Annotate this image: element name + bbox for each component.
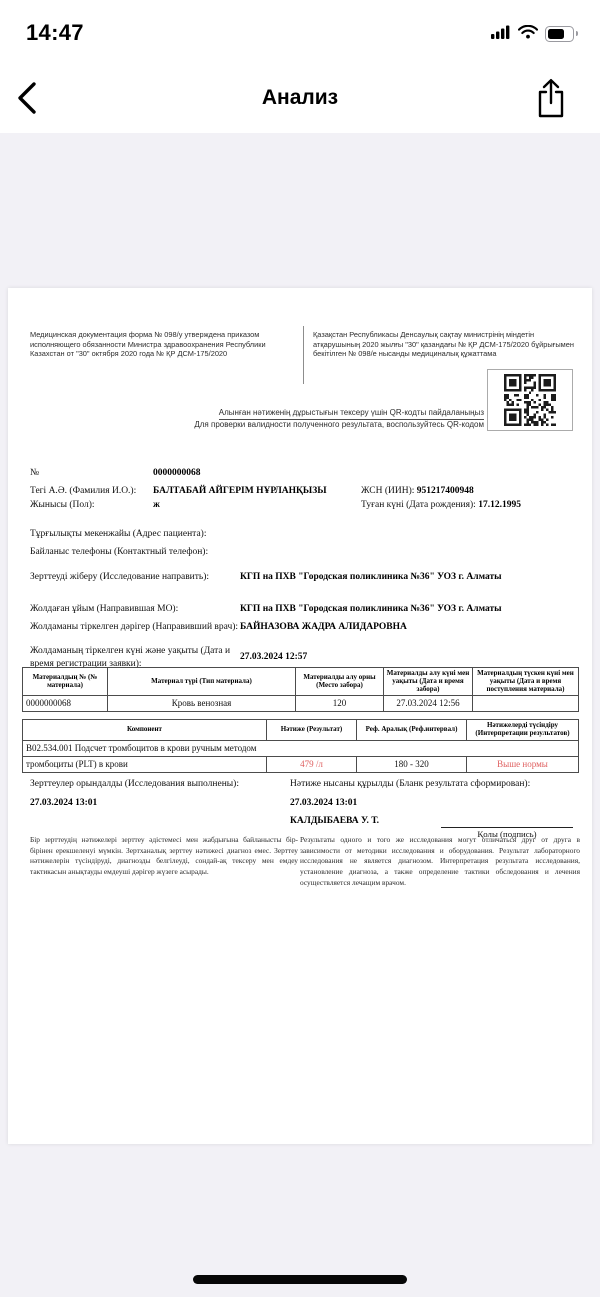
field-send: Зерттеуді жіберу (Исследование направить… bbox=[30, 571, 502, 584]
field-send-value: КГП на ПХВ "Городская поликлиника №36" У… bbox=[240, 571, 502, 584]
result-table-header-row: Компонент Нәтиже (Результат) Реф. Аралық… bbox=[23, 720, 579, 741]
document-scroll-area[interactable]: Медицинская документация форма № 098/у у… bbox=[0, 133, 600, 1297]
field-phone-label: Байланыс телефоны (Контактный телефон): bbox=[30, 546, 208, 559]
field-sex: Жынысы (Пол): ж bbox=[30, 499, 160, 512]
result-col-result: Нәтиже (Результат) bbox=[267, 720, 357, 741]
field-number-label: № bbox=[30, 467, 153, 480]
status-time: 14:47 bbox=[26, 20, 84, 46]
status-bar: 14:47 bbox=[0, 0, 600, 60]
field-registration-value: 27.03.2024 12:57 bbox=[240, 651, 307, 664]
formed-value: 27.03.2024 13:01 bbox=[290, 798, 357, 808]
field-org-value: КГП на ПХВ "Городская поликлиника №36" У… bbox=[240, 603, 502, 616]
disclaimer-kk: Бір зерттеудің нәтижелері зерттеу әдісте… bbox=[30, 835, 298, 878]
material-place: 120 bbox=[296, 696, 384, 712]
result-col-ref: Реф. Аралық (Реф.интервал) bbox=[357, 720, 467, 741]
signature-line bbox=[441, 827, 573, 828]
signer-name: КАЛДЫБАЕВА У. Т. bbox=[290, 816, 379, 826]
page-title: Анализ bbox=[0, 86, 600, 110]
field-iin-label: ЖСН (ИИН): bbox=[361, 486, 414, 496]
field-surname-label: Тегі А.Ә. (Фамилия И.О.): bbox=[30, 485, 153, 498]
field-sex-value: ж bbox=[153, 499, 160, 512]
material-taken: 27.03.2024 12:56 bbox=[384, 696, 473, 712]
field-address-label: Тұрғылықты мекенжайы (Адрес пациента): bbox=[30, 528, 206, 541]
field-iin-value: 951217400948 bbox=[417, 486, 474, 496]
field-send-label: Зерттеуді жіберу (Исследование направить… bbox=[30, 571, 240, 584]
form-note-left: Медицинская документация форма № 098/у у… bbox=[30, 330, 298, 359]
field-address: Тұрғылықты мекенжайы (Адрес пациента): bbox=[30, 528, 206, 541]
result-table: Компонент Нәтиже (Результат) Реф. Аралық… bbox=[22, 719, 579, 773]
header-divider bbox=[303, 326, 304, 384]
field-org-label: Жолдаған ұйым (Направившая МО): bbox=[30, 603, 240, 616]
material-table-row: 0000000068 Кровь венозная 120 27.03.2024… bbox=[23, 696, 579, 712]
material-table: Материалдың № (№ материала) Материал түр… bbox=[22, 667, 579, 712]
material-type: Кровь венозная bbox=[108, 696, 296, 712]
result-col-interpretation: Нәтижелерді түсіндіру (Интерпретации рез… bbox=[467, 720, 579, 741]
share-icon bbox=[534, 77, 568, 119]
result-value-row: тромбоциты (PLT) в крови 479 /л 180 - 32… bbox=[23, 756, 579, 772]
field-sex-label: Жынысы (Пол): bbox=[30, 499, 153, 512]
form-note-right: Қазақстан Республикасы Денсаулық сақтау … bbox=[313, 330, 577, 359]
field-surname: Тегі А.Ә. (Фамилия И.О.): БАЛТАБАЙ АЙГЕР… bbox=[30, 485, 327, 498]
home-indicator[interactable] bbox=[193, 1275, 407, 1284]
field-surname-value: БАЛТАБАЙ АЙГЕРІМ НҰРЛАНҚЫЗЫ bbox=[153, 485, 327, 498]
qr-instruction-kk: Алынған нәтиженің дұрыстығын тексеру үші… bbox=[219, 408, 484, 420]
share-button[interactable] bbox=[534, 77, 568, 119]
field-doctor-value: БАЙНАЗОВА ЖАДРА АЛИДАРОВНА bbox=[240, 621, 407, 634]
field-doctor: Жолдаманы тіркелген дәрігер (Направивший… bbox=[30, 621, 570, 634]
disclaimer-ru: Результаты одного и того же исследования… bbox=[300, 835, 580, 889]
material-col-number: Материалдың № (№ материала) bbox=[23, 668, 108, 696]
wifi-icon bbox=[518, 25, 538, 44]
result-ref-interval: 180 - 320 bbox=[357, 756, 467, 772]
result-component: тромбоциты (PLT) в крови bbox=[23, 756, 267, 772]
cellular-signal-icon bbox=[491, 25, 511, 44]
material-number: 0000000068 bbox=[23, 696, 108, 712]
app-screen: 14:47 bbox=[0, 0, 600, 1297]
field-birthdate: Туған күні (Дата рождения): 17.12.1995 bbox=[361, 499, 521, 512]
qr-code bbox=[487, 369, 573, 431]
field-org: Жолдаған ұйым (Направившая МО): КГП на П… bbox=[30, 603, 502, 616]
battery-icon bbox=[545, 26, 574, 42]
field-phone: Байланыс телефоны (Контактный телефон): bbox=[30, 546, 208, 559]
material-col-place: Материалды алу орны (Место забора) bbox=[296, 668, 384, 696]
field-number: № 0000000068 bbox=[30, 467, 201, 480]
performed-label: Зерттеулер орындалды (Исследования выпол… bbox=[30, 779, 239, 789]
nav-bar: Анализ bbox=[0, 60, 600, 133]
field-birthdate-label: Туған күні (Дата рождения): bbox=[361, 500, 476, 510]
qr-instruction: Алынған нәтиженің дұрыстығын тексеру үші… bbox=[156, 408, 484, 430]
material-received bbox=[473, 696, 579, 712]
result-component-line: B02.534.001 Подсчет тромбоцитов в крови … bbox=[23, 740, 579, 756]
result-value: 479 /л bbox=[267, 756, 357, 772]
field-number-value: 0000000068 bbox=[153, 467, 201, 480]
qr-instruction-ru: Для проверки валидности полученного резу… bbox=[194, 420, 484, 429]
material-col-received: Материалдың түскен күні мен уақыты (Дата… bbox=[473, 668, 579, 696]
field-birthdate-value: 17.12.1995 bbox=[478, 500, 521, 510]
material-col-type: Материал түрі (Тип материала) bbox=[108, 668, 296, 696]
result-col-component: Компонент bbox=[23, 720, 267, 741]
field-iin: ЖСН (ИИН): 951217400948 bbox=[361, 485, 474, 498]
result-interpretation: Выше нормы bbox=[467, 756, 579, 772]
material-col-taken: Материалды алу күні мен уақыты (Дата и в… bbox=[384, 668, 473, 696]
material-table-header-row: Материалдың № (№ материала) Материал түр… bbox=[23, 668, 579, 696]
formed-label: Нәтиже нысаны құрылды (Бланк результата … bbox=[290, 779, 530, 789]
field-doctor-label: Жолдаманы тіркелген дәрігер (Направивший… bbox=[30, 621, 240, 634]
result-component-row: B02.534.001 Подсчет тромбоцитов в крови … bbox=[23, 740, 579, 756]
status-icons bbox=[491, 25, 574, 44]
performed-value: 27.03.2024 13:01 bbox=[30, 798, 97, 808]
document-page: Медицинская документация форма № 098/у у… bbox=[8, 288, 592, 1144]
